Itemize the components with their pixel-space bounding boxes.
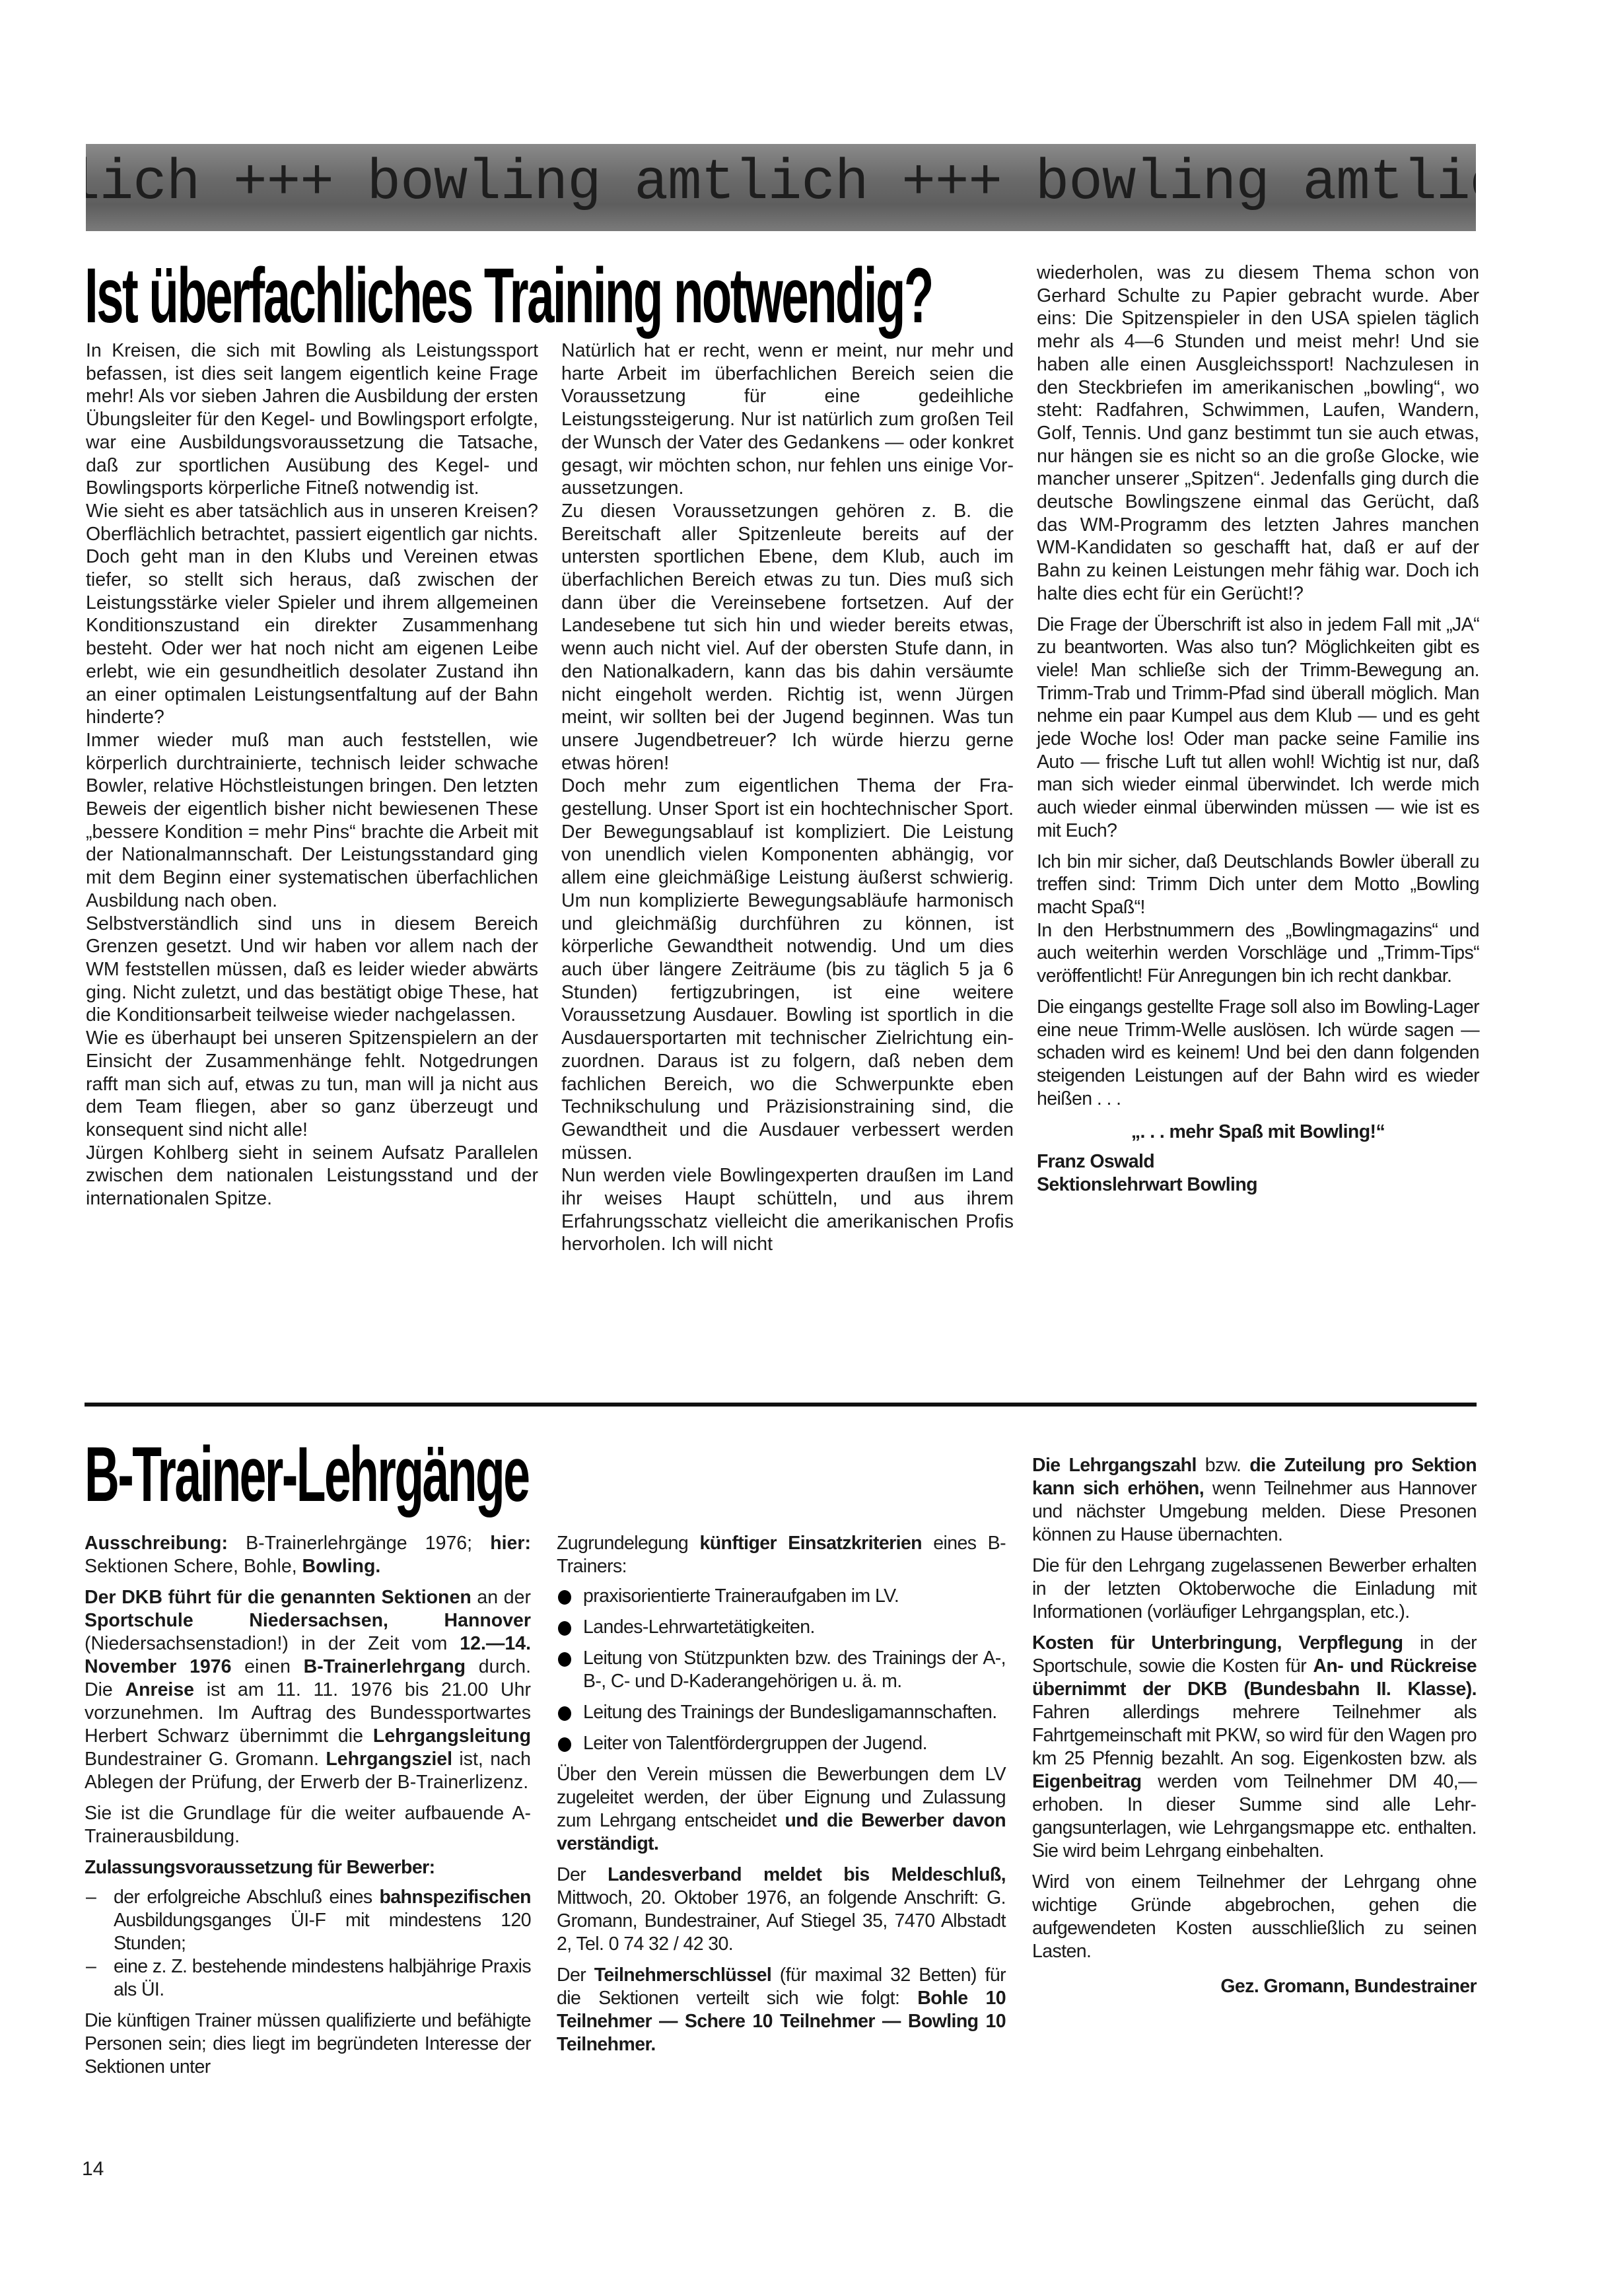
paragraph-lehrgangszahl: Die Lehrgangszahl bzw. die Zuteilung pro… xyxy=(1032,1454,1477,1547)
text: Bundestrainer G. Gromann. xyxy=(85,1749,326,1770)
paragraph-grundlage: Sie ist die Grundlage für die weiter auf… xyxy=(85,1802,531,1848)
paragraph: Die Frage der Überschrift ist also in je… xyxy=(1037,613,1479,843)
paragraph-verein: Über den Verein müssen die Bewerbungen d… xyxy=(557,1763,1006,1856)
bold-text: Eigen­beitrag xyxy=(1032,1771,1141,1792)
article2-column-2: Zugrundelegung künftiger Einsatzkriterie… xyxy=(557,1532,1006,2056)
section-divider xyxy=(85,1403,1477,1407)
article1-column-1: In Kreisen, die sich mit Bowling als Lei… xyxy=(86,339,538,1210)
criteria-item: Landes-Lehrwartetätigkeiten. xyxy=(557,1616,1006,1639)
signature: Gez. Gromann, Bundestrainer xyxy=(1032,1975,1477,1998)
text: Sektionen Schere, Bohle, xyxy=(85,1556,302,1577)
paragraph: In Kreisen, die sich mit Bowling als Lei… xyxy=(86,339,538,500)
paragraph-trainer: Die künftigen Trainer müssen qualifizier… xyxy=(85,2009,531,2079)
bold-text: Der DKB führt für die genannten Sektione… xyxy=(85,1587,471,1608)
bold-text: bahnspe­zifischen xyxy=(379,1887,531,1908)
article-title-b-trainer: B-Trainer-Lehrgänge xyxy=(85,1430,528,1519)
closing-quote: „. . . mehr Spaß mit Bowling!“ xyxy=(1037,1121,1479,1144)
paragraph: Ich bin mir sicher, daß Deutschlands Bow… xyxy=(1037,851,1479,919)
bold-text: Lehrgangsziel xyxy=(326,1749,452,1770)
paragraph: Zu diesen Voraussetzungen gehören z. B. … xyxy=(561,500,1014,775)
bold-text: Lehrgangsleitung xyxy=(373,1725,531,1747)
article1-column-3: wiederholen, was zu diesem Thema schon v… xyxy=(1037,261,1479,1196)
paragraph-einladung: Die für den Lehrgang zugelassenen Bewerb… xyxy=(1032,1554,1477,1624)
paragraph-dkb: Der DKB führt für die genannten Sektione… xyxy=(85,1586,531,1794)
author-name: Franz Oswald xyxy=(1037,1150,1479,1173)
criteria-item: Leitung des Trainings der Bundesliga­man… xyxy=(557,1701,1006,1724)
section-banner: lich +++ bowling amtlich +++ bowling amt… xyxy=(86,144,1476,231)
bold-text: Kosten für Unterbringung, Verpflegung xyxy=(1032,1632,1403,1653)
paragraph-kosten: Kosten für Unterbringung, Verpflegung in… xyxy=(1032,1632,1477,1863)
text: der erfolgreiche Abschluß eines xyxy=(114,1887,379,1908)
author-title: Sektionslehrwart Bowling xyxy=(1037,1173,1479,1197)
paragraph-ausschreibung: Ausschreibung: B-Trainerlehrgänge 1976; … xyxy=(85,1532,531,1578)
criteria-item: Leiter von Talentfördergruppen der Jugen… xyxy=(557,1732,1006,1755)
requirement-item: der erfolgreiche Abschluß eines bahnspe­… xyxy=(85,1886,531,1955)
paragraph: Doch mehr zum eigentlichen Thema der Fra… xyxy=(561,775,1014,1164)
paragraph-teilnehmerschluessel: Der Teilnehmerschlüssel (für maximal 32 … xyxy=(557,1964,1006,2056)
requirements-list: der erfolgreiche Abschluß eines bahnspe­… xyxy=(85,1886,531,2001)
article2-column-1: Ausschreibung: B-Trainerlehrgänge 1976; … xyxy=(85,1532,531,2079)
text: Zugrundelegung xyxy=(557,1533,699,1554)
bold-text: hier: xyxy=(490,1533,531,1554)
paragraph: Wie sieht es aber tatsächlich aus in uns… xyxy=(86,500,538,729)
requirement-item: eine z. Z. bestehende mindestens halb­jä… xyxy=(85,1955,531,2001)
paragraph: wiederholen, was zu diesem Thema schon v… xyxy=(1037,261,1479,606)
text: (Niedersachsenstadion!) in der Zeit vom xyxy=(85,1633,460,1654)
paragraph: Wie es überhaupt bei unseren Spitzenspie… xyxy=(86,1027,538,1142)
bold-text: künftiger Einsatzkriterien xyxy=(699,1533,921,1554)
text: B-Trainerlehrgänge 1976; xyxy=(228,1533,490,1554)
bold-text: Landesverband meldet bis Meldeschluß, xyxy=(608,1864,1006,1885)
criteria-item: praxisorientierte Traineraufgaben im LV. xyxy=(557,1585,1006,1608)
criteria-list: praxisorientierte Traineraufgaben im LV.… xyxy=(557,1585,1006,1755)
paragraph-einsatzkriterien: Zugrundelegung künftiger Einsatzkriterie… xyxy=(557,1532,1006,1578)
article1-column-2: Natürlich hat er recht, wenn er meint, n… xyxy=(561,339,1014,1256)
paragraph: Die eingangs gestellte Frage soll also i… xyxy=(1037,996,1479,1111)
paragraph: Selbstverständlich sind uns in diesem Be… xyxy=(86,913,538,1027)
text: einen xyxy=(231,1656,303,1677)
requirements-heading: Zulassungsvoraussetzung für Bewerber: xyxy=(85,1856,531,1879)
text: Mittwoch, 20. Oktober 1976, an folgende … xyxy=(557,1887,1006,1955)
text: an der xyxy=(471,1587,531,1608)
text: Fahren allerdings mehrere Teil­nehmer al… xyxy=(1032,1702,1477,1769)
paragraph-landesverband: Der Landesverband meldet bis Meldeschluß… xyxy=(557,1863,1006,1956)
paragraph: Immer wieder muß man auch feststellen, w… xyxy=(86,729,538,913)
bold-text: Bowling. xyxy=(302,1556,381,1577)
bold-text: Sportschule Niedersachsen, Hannover xyxy=(85,1610,531,1631)
text: Ausbildungsganges ÜI-F mit min­destens 1… xyxy=(114,1910,531,1954)
paragraph: Jürgen Kohlberg sieht in seinem Aufsatz … xyxy=(86,1142,538,1210)
page-number: 14 xyxy=(82,2158,104,2180)
text: Der xyxy=(557,1864,608,1885)
paragraph: In den Herbstnummern des „Bowlingmaga­zi… xyxy=(1037,919,1479,988)
bold-text: Ausschreibung: xyxy=(85,1533,228,1554)
text: Der xyxy=(557,1965,594,1986)
paragraph: Natürlich hat er recht, wenn er meint, n… xyxy=(561,339,1014,500)
bold-text: Anreise xyxy=(125,1679,194,1700)
article2-column-3: Die Lehrgangszahl bzw. die Zuteilung pro… xyxy=(1032,1454,1477,1998)
bold-text: Teilnehmerschlüssel xyxy=(594,1965,771,1986)
text: bzw. xyxy=(1197,1455,1249,1476)
text: eine z. Z. bestehende mindestens halb­jä… xyxy=(114,1956,531,2000)
banner-text: lich +++ bowling amtlich +++ bowling amt… xyxy=(86,151,1476,215)
bold-text: Die Lehrgangszahl xyxy=(1032,1455,1197,1476)
paragraph: Nun werden viele Bowlingexperten draußen… xyxy=(561,1164,1014,1256)
paragraph-abbruch: Wird von einem Teilnehmer der Lehrgang o… xyxy=(1032,1871,1477,1963)
bold-text: B-Trainerlehr­gang xyxy=(304,1656,466,1677)
criteria-item: Leitung von Stützpunkten bzw. des Trai­n… xyxy=(557,1647,1006,1693)
article-title-training: Ist überfachliches Training notwendig? xyxy=(85,251,932,341)
